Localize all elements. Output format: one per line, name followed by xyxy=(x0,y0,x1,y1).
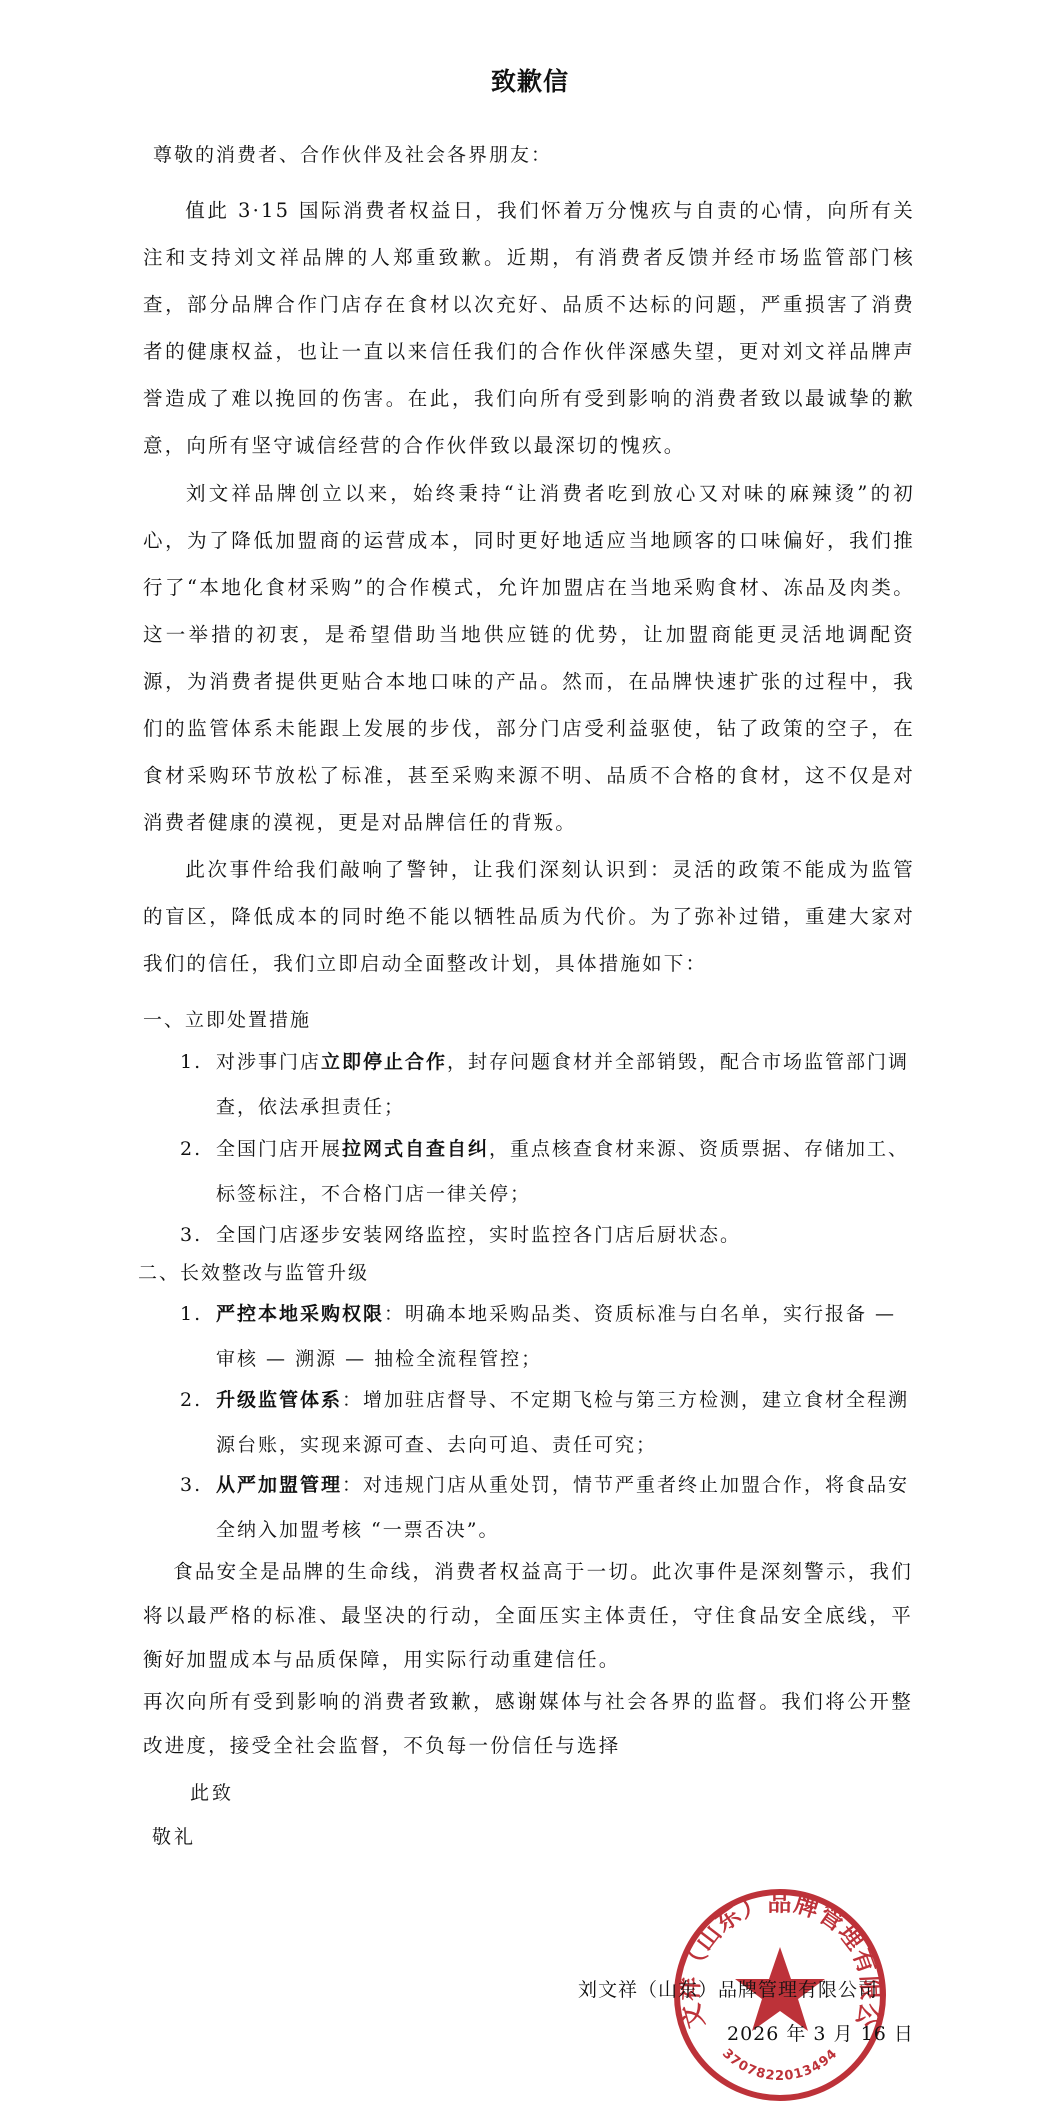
measure-item: 3. 从严加盟管理：对违规门店从重处罚，情节严重者终止加盟合作，将食品安全纳入加… xyxy=(180,1463,915,1553)
paragraph-text: 此次事件给我们敲响了警钟，让我们深刻认识到：灵活的政策不能成为监管的盲区，降低成… xyxy=(143,858,915,975)
measure-item: 3. 全国门店逐步安装网络监控，实时监控各门店后厨状态。 xyxy=(180,1213,915,1258)
measure-item: 1. 对涉事门店立即停止合作，封存问题食材并全部销毁，配合市场监管部门调查，依法… xyxy=(180,1040,915,1130)
closing-cizhi: 此致 xyxy=(190,1778,234,1805)
measure-item: 2. 全国门店开展拉网式自查自纠，重点核查食材来源、资质票据、存储加工、标签标注… xyxy=(180,1127,915,1217)
svg-text:3707822013494: 3707822013494 xyxy=(719,2046,841,2084)
paragraph-apology: 值此 3·15 国际消费者权益日，我们怀着万分愧疚与自责的心情，向所有关注和支持… xyxy=(143,187,915,469)
section-heading-longterm: 二、长效整改与监管升级 xyxy=(138,1258,369,1285)
paragraph-final: 再次向所有受到影响的消费者致歉，感谢媒体与社会各界的监督。我们将公开整改进度，接… xyxy=(143,1680,913,1768)
salutation: 尊敬的消费者、合作伙伴及社会各界朋友： xyxy=(153,140,552,167)
paragraph-text: 刘文祥品牌创立以来，始终秉持“让消费者吃到放心又对味的麻辣烫”的初心，为了降低加… xyxy=(143,482,915,834)
apology-letter-page: 致歉信 尊敬的消费者、合作伙伴及社会各界朋友： 值此 3·15 国际消费者权益日… xyxy=(0,0,1060,2109)
paragraph-conclusion: 食品安全是品牌的生命线，消费者权益高于一切。此次事件是深刻警示，我们将以最严格的… xyxy=(143,1550,913,1682)
paragraph-text: 食品安全是品牌的生命线，消费者权益高于一切。此次事件是深刻警示，我们将以最严格的… xyxy=(143,1560,913,1671)
measure-item: 2. 升级监管体系：增加驻店督导、不定期飞检与第三方检测，建立食材全程溯源台账，… xyxy=(180,1378,915,1468)
signer-company: 刘文祥（山东）品牌管理有限公司 xyxy=(578,1975,878,2002)
paragraph-text: 值此 3·15 国际消费者权益日，我们怀着万分愧疚与自责的心情，向所有关注和支持… xyxy=(143,199,915,457)
closing-jingli: 敬礼 xyxy=(152,1822,196,1849)
measure-item: 1. 严控本地采购权限：明确本地采购品类、资质标准与白名单，实行报备 — 审核 … xyxy=(180,1292,915,1382)
letter-date: 2026 年 3 月 16 日 xyxy=(727,2019,914,2046)
letter-title: 致歉信 xyxy=(0,62,1060,98)
paragraph-text: 再次向所有受到影响的消费者致歉，感谢媒体与社会各界的监督。我们将公开整改进度，接… xyxy=(143,1690,913,1757)
paragraph-background: 刘文祥品牌创立以来，始终秉持“让消费者吃到放心又对味的麻辣烫”的初心，为了降低加… xyxy=(143,470,915,846)
paragraph-reflection: 此次事件给我们敲响了警钟，让我们深刻认识到：灵活的政策不能成为监管的盲区，降低成… xyxy=(143,846,915,987)
seal-code: 3707822013494 xyxy=(719,2046,841,2084)
section-heading-immediate: 一、立即处置措施 xyxy=(143,1005,311,1032)
